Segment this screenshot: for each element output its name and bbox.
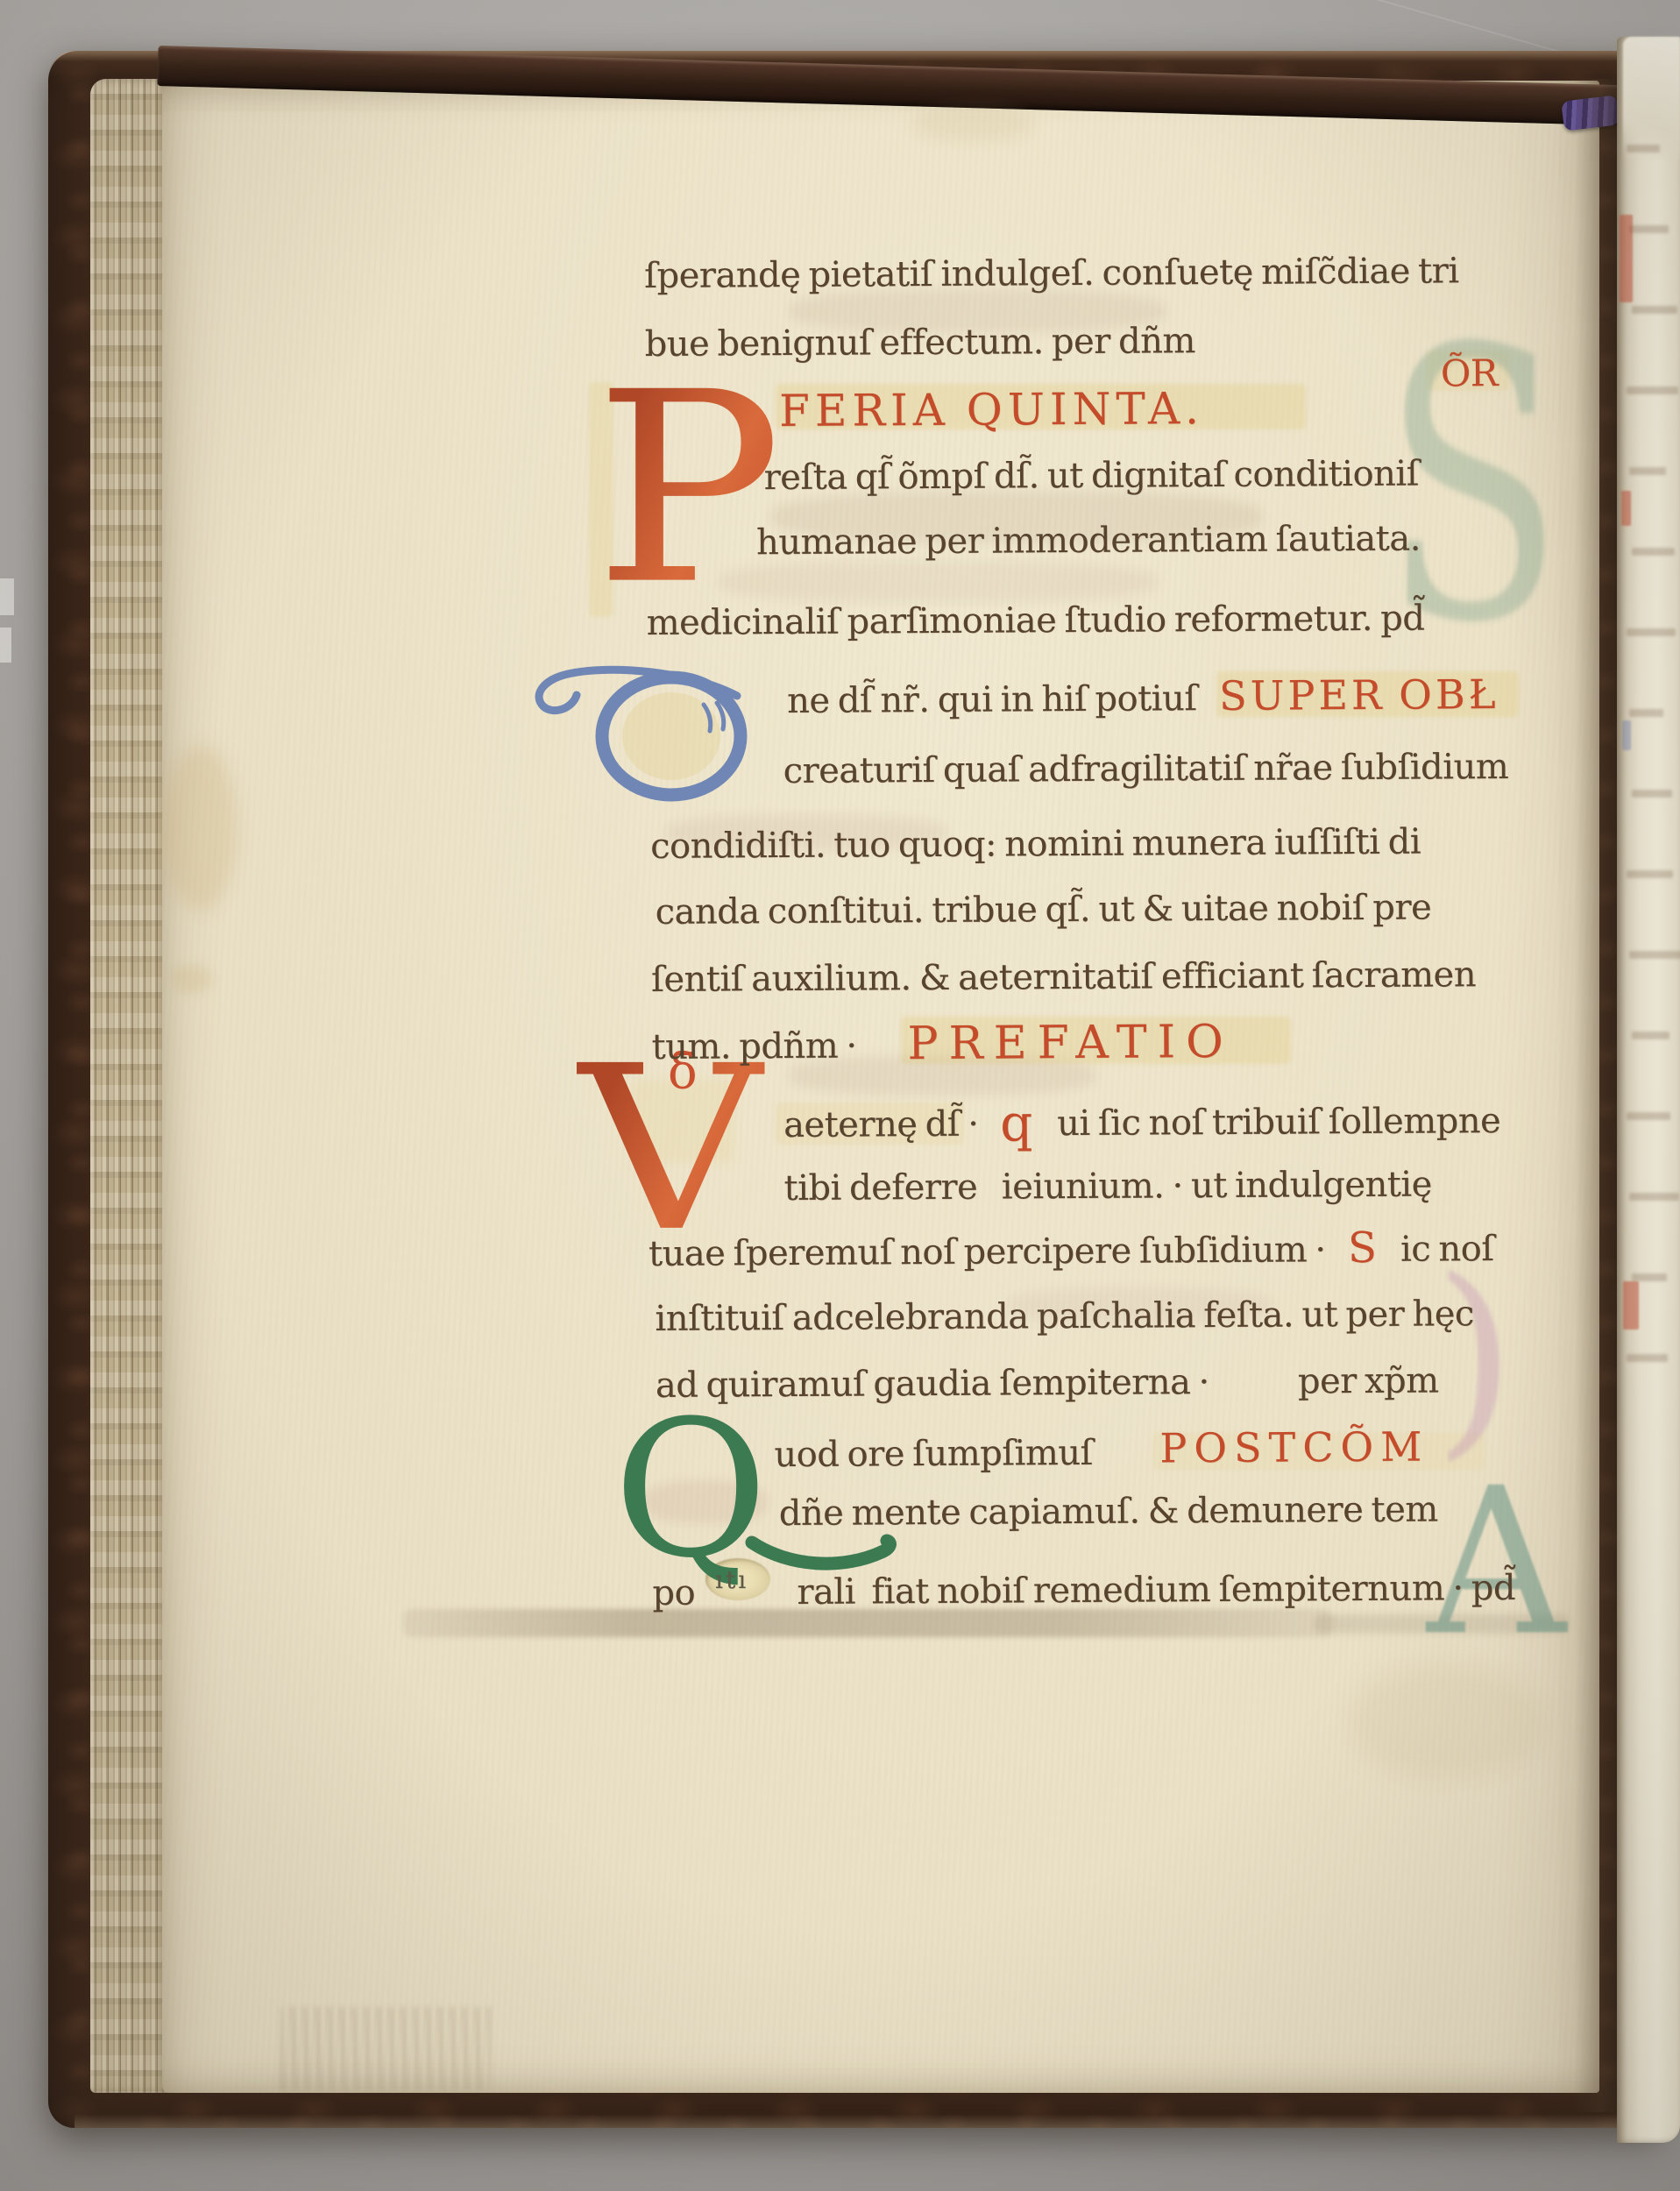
manuscript-line: ſperandę pietatiſ indulgeſ. conſuetę miſ… — [644, 252, 1459, 295]
manuscript-line: ne dſ̃ nr̃. qui in hiſ potiuſ — [787, 679, 1197, 720]
interlinear-correction: ıtı — [715, 1567, 748, 1594]
rubric-text: ÕR — [1441, 353, 1498, 394]
rubric-text: q — [1000, 1095, 1032, 1152]
manuscript-line: medicinaliſ parſimoniae ſtudio reformetu… — [646, 599, 1424, 642]
manuscript-text-block: ſperandę pietatiſ indulgeſ. conſuetę miſ… — [0, 0, 1680, 2191]
rubric-text: POSTCÕM — [1159, 1425, 1428, 1471]
manuscript-line: uod ore ſumpſimuſ — [774, 1434, 1093, 1474]
manuscript-line: canda conſtitui. tribue qſ̃. ut & uitae … — [656, 889, 1432, 932]
manuscript-line: dñe mente capiamuſ. & demunere tem — [779, 1490, 1438, 1533]
manuscript-line: tum. pdñm · — [651, 1027, 856, 1067]
manuscript-line: ui ſic noſ tribuiſ ſollempne — [1057, 1102, 1500, 1143]
manuscript-line: tibi deferre ieiunium. · ut indulgentię — [783, 1166, 1432, 1209]
manuscript-line: tuae ſperemuſ noſ percipere ſubſidium · — [649, 1230, 1326, 1273]
manuscript-line: ad quiramuſ gaudia ſempiterna · — [656, 1363, 1209, 1405]
rubric-text: SUPER OBŁ — [1219, 672, 1499, 719]
manuscript-line: ſentiſ auxilium. & aeternitatiſ effician… — [651, 955, 1476, 999]
manuscript-line: bue benignuſ effectum. per dñm — [645, 322, 1195, 364]
manuscript-photo: { "colors": { "ink": "#57432e", "rubric_… — [0, 0, 1680, 2191]
manuscript-line: rali fiat nobiſ remedium ſempiternum · p… — [797, 1569, 1515, 1612]
rubric-text: S — [1348, 1225, 1377, 1272]
manuscript-line: condidiſti. tuo quoq: nomini munera iuſſ… — [650, 823, 1421, 866]
manuscript-line: ic noſ — [1400, 1230, 1494, 1269]
manuscript-line: humanae per immoderantiam ſautiata. — [756, 520, 1421, 563]
rubric-text: PREFATIO — [907, 1018, 1234, 1069]
manuscript-line: per xp̃m — [1298, 1361, 1439, 1400]
rubric-text: FERIA QUINTA. — [779, 385, 1204, 436]
manuscript-line: reſta qſ̃ õmpſ dſ̃. ut dignitaſ conditio… — [763, 455, 1419, 498]
manuscript-line: aeternę dſ̃ · — [783, 1105, 979, 1145]
manuscript-line: po — [652, 1574, 695, 1613]
manuscript-line: inſtituiſ adcelebranda paſchalia feſta. … — [655, 1294, 1474, 1338]
manuscript-line: creaturiſ quaſ adfragilitatiſ nr̃ae ſubſ… — [783, 748, 1509, 791]
